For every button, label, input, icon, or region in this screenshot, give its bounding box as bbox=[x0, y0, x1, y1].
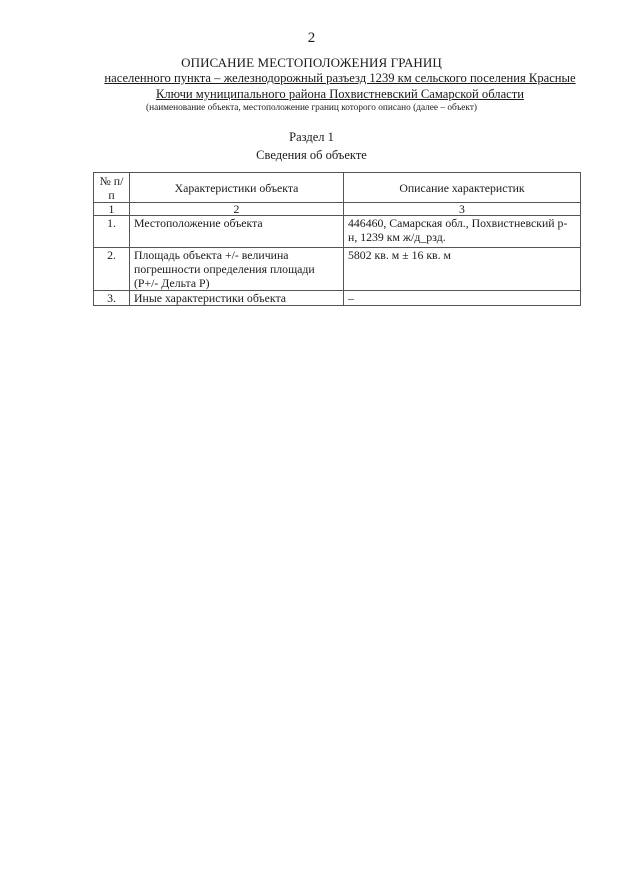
row-number: 1. bbox=[94, 216, 130, 248]
row-characteristic: Иные характеристики объекта bbox=[130, 291, 344, 306]
row-number: 3. bbox=[94, 291, 130, 306]
object-name-caption: (наименование объекта, местоположение гр… bbox=[0, 103, 623, 113]
header-characteristic: Характеристики объекта bbox=[130, 173, 344, 203]
row-description: 446460, Самарская обл., Похвистневский р… bbox=[344, 216, 581, 248]
header-description: Описание характеристик bbox=[344, 173, 581, 203]
table-row: 3. Иные характеристики объекта – bbox=[94, 291, 581, 306]
table-row: 1. Местоположение объекта 446460, Самарс… bbox=[94, 216, 581, 248]
header-number: № п/п bbox=[94, 173, 130, 203]
column-number: 2 bbox=[130, 203, 344, 216]
column-number: 1 bbox=[94, 203, 130, 216]
column-number-row: 1 2 3 bbox=[94, 203, 581, 216]
row-characteristic: Местоположение объекта bbox=[130, 216, 344, 248]
row-number: 2. bbox=[94, 248, 130, 291]
table-row: 2. Площадь объекта +/- величина погрешно… bbox=[94, 248, 581, 291]
object-name: населенного пункта – железнодорожный раз… bbox=[95, 70, 585, 102]
document-title: ОПИСАНИЕ МЕСТОПОЛОЖЕНИЯ ГРАНИЦ bbox=[0, 55, 623, 71]
section-title: Сведения об объекте bbox=[0, 148, 623, 163]
page-number: 2 bbox=[0, 30, 623, 47]
row-description: 5802 кв. м ± 16 кв. м bbox=[344, 248, 581, 291]
object-info-table: № п/п Характеристики объекта Описание ха… bbox=[93, 172, 581, 306]
row-characteristic: Площадь объекта +/- величина погрешности… bbox=[130, 248, 344, 291]
table-header-row: № п/п Характеристики объекта Описание ха… bbox=[94, 173, 581, 203]
column-number: 3 bbox=[344, 203, 581, 216]
section-label: Раздел 1 bbox=[0, 130, 623, 145]
row-description: – bbox=[344, 291, 581, 306]
